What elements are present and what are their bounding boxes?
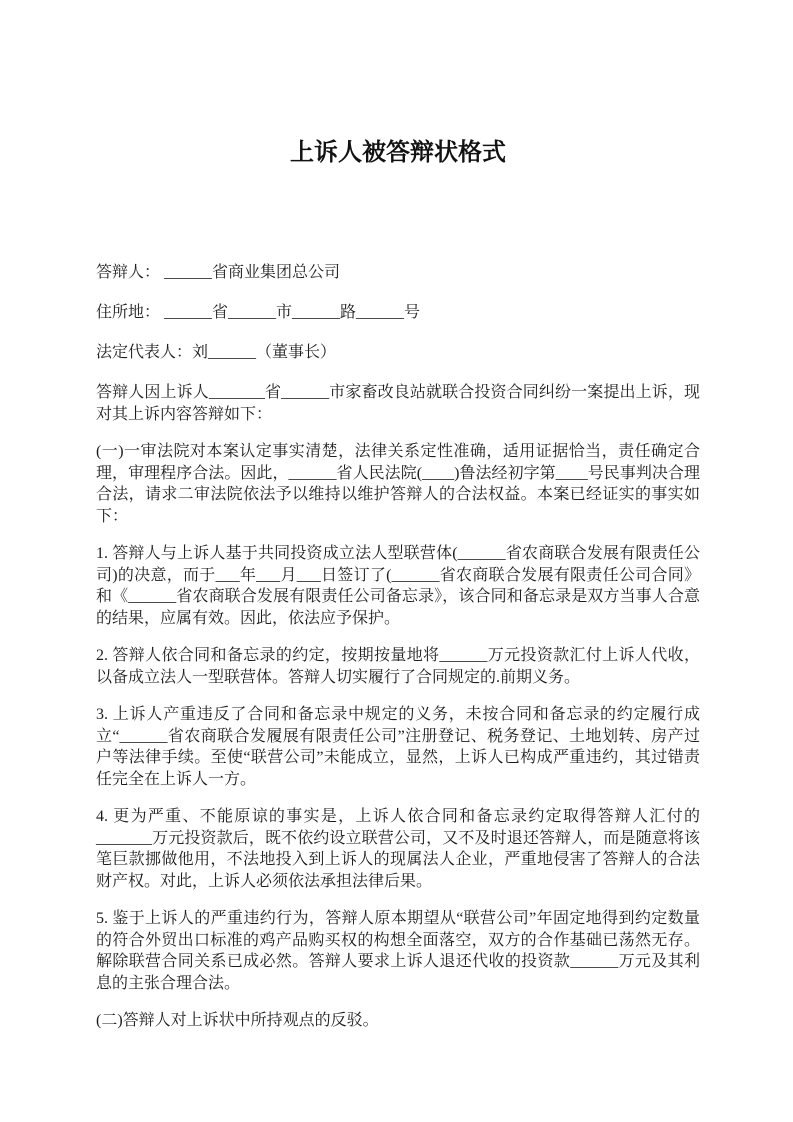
paragraph-section-one: (一)一审法院对本案认定事实清楚，法律关系定性准确，适用证据恰当，责任确定合理，… — [96, 441, 700, 527]
legal-representative-line: 法定代表人：刘______（董事长） — [96, 342, 700, 363]
document-page: 上诉人被答辩状格式 答辩人： ______省商业集团总公司 住所地： _____… — [0, 0, 793, 1122]
document-body: 答辩人因上诉人_______省______市家畜改良站就联合投资合同纠纷一案提出… — [96, 382, 700, 1032]
paragraph-point-2: 2. 答辩人依合同和备忘录的约定，按期按量地将______万元投资款汇付上诉人代… — [96, 645, 700, 688]
address-line: 住所地： ______省______市______路______号 — [96, 302, 700, 323]
respondent-line: 答辩人： ______省商业集团总公司 — [96, 262, 700, 283]
paragraph-intro: 答辩人因上诉人_______省______市家畜改良站就联合投资合同纠纷一案提出… — [96, 382, 700, 425]
paragraph-point-3: 3. 上诉人产重违反了合同和备忘录中规定的义务，未按合同和备忘录的约定履行成立“… — [96, 704, 700, 790]
paragraph-point-5: 5. 鉴于上诉人的严重违约行为，答辩人原本期望从“联营公司”年固定地得到约定数量… — [96, 908, 700, 994]
paragraph-point-4: 4. 更为严重、不能原谅的事实是，上诉人依合同和备忘录约定取得答辩人汇付的___… — [96, 806, 700, 892]
paragraph-point-1: 1. 答辩人与上诉人基于共同投资成立法人型联营体(______省农商联合发展有限… — [96, 543, 700, 629]
party-info-block: 答辩人： ______省商业集团总公司 住所地： ______省______市_… — [96, 262, 700, 363]
paragraph-section-two: (二)答辩人对上诉状中所持观点的反驳。 — [96, 1010, 700, 1032]
document-title: 上诉人被答辩状格式 — [96, 138, 700, 168]
